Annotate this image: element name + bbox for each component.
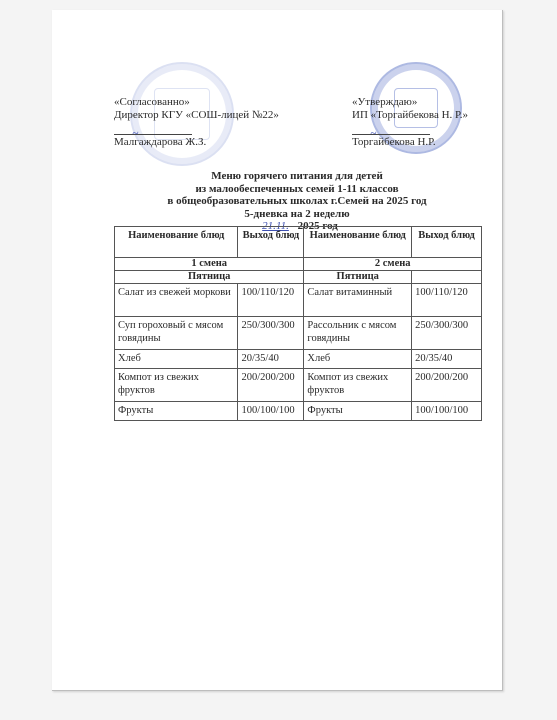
yield-cell: 200/200/200	[412, 369, 482, 402]
column-header: Выход блюд	[238, 227, 304, 258]
dish-cell: Салат витаминный	[304, 284, 412, 317]
table-row: Хлеб 20/35/40 Хлеб 20/35/40	[115, 350, 482, 369]
table-row: Компот из свежих фруктов 200/200/200 Ком…	[115, 369, 482, 402]
dish-cell: Хлеб	[304, 350, 412, 369]
yield-cell: 100/110/120	[412, 284, 482, 317]
title-line: в общеобразовательных школах г.Семей на …	[112, 195, 482, 208]
agreed-label: «Согласованно»	[114, 96, 314, 109]
approval-block-approved: «Утверждаю» ИП «Торгайбекова Н. Р.» ~ То…	[352, 96, 512, 149]
day-row: Пятница Пятница	[115, 271, 482, 284]
menu-table: Наименование блюд Выход блюд Наименовани…	[114, 226, 482, 421]
dish-cell: Компот из свежих фруктов	[304, 369, 412, 402]
column-header: Выход блюд	[412, 227, 482, 258]
dish-cell: Салат из свежей моркови	[115, 284, 238, 317]
title-line: из малообеспеченных семей 1-11 классов	[112, 183, 482, 196]
table-row: Салат из свежей моркови 100/110/120 Сала…	[115, 284, 482, 317]
yield-cell: 200/200/200	[238, 369, 304, 402]
yield-cell: 100/100/100	[412, 402, 482, 421]
document-title: Меню горячего питания для детей из малоо…	[112, 170, 482, 233]
table-row: Фрукты 100/100/100 Фрукты 100/100/100	[115, 402, 482, 421]
yield-cell: 250/300/300	[238, 317, 304, 350]
shift-2-label: 2 смена	[304, 258, 482, 271]
signature-line: ~	[114, 122, 314, 136]
signature-line: ~	[352, 122, 512, 136]
approval-block-agreed: «Согласованно» Директор КГУ «СОШ-лицей №…	[114, 96, 314, 149]
table-header-row: Наименование блюд Выход блюд Наименовани…	[115, 227, 482, 258]
dish-cell: Фрукты	[115, 402, 238, 421]
title-line: 5-дневка на 2 неделю	[112, 208, 482, 221]
yield-cell: 20/35/40	[412, 350, 482, 369]
yield-cell: 250/300/300	[412, 317, 482, 350]
day-2-label: Пятница	[304, 271, 412, 284]
column-header: Наименование блюд	[304, 227, 412, 258]
dish-cell: Хлеб	[115, 350, 238, 369]
dish-cell: Суп гороховый с мясом говядины	[115, 317, 238, 350]
dish-cell: Компот из свежих фруктов	[115, 369, 238, 402]
yield-cell: 20/35/40	[238, 350, 304, 369]
shift-row: 1 смена 2 смена	[115, 258, 482, 271]
day-1-label: Пятница	[115, 271, 304, 284]
entrepreneur-title: ИП «Торгайбекова Н. Р.»	[352, 109, 512, 122]
dish-cell: Фрукты	[304, 402, 412, 421]
yield-cell: 100/100/100	[238, 402, 304, 421]
yield-cell: 100/110/120	[238, 284, 304, 317]
approved-label: «Утверждаю»	[352, 96, 512, 109]
shift-1-label: 1 смена	[115, 258, 304, 271]
director-title: Директор КГУ «СОШ-лицей №22»	[114, 109, 314, 122]
column-header: Наименование блюд	[115, 227, 238, 258]
dish-cell: Рассольник с мясом говядины	[304, 317, 412, 350]
title-line: Меню горячего питания для детей	[112, 170, 482, 183]
table-row: Суп гороховый с мясом говядины 250/300/3…	[115, 317, 482, 350]
